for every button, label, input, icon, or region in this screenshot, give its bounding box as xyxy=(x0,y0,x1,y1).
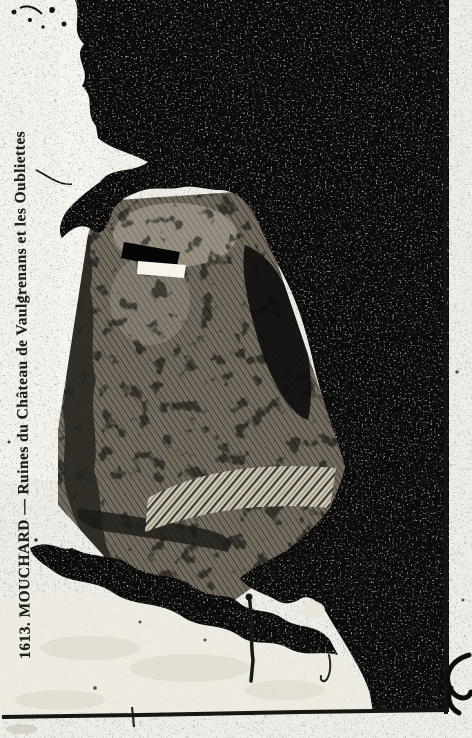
postcard: 1613. MOUCHARD — Ruines du Château de Va… xyxy=(0,0,472,738)
corner-smudge xyxy=(6,724,38,734)
foliage-light-gap xyxy=(299,601,325,619)
postcard-photo xyxy=(0,0,472,738)
